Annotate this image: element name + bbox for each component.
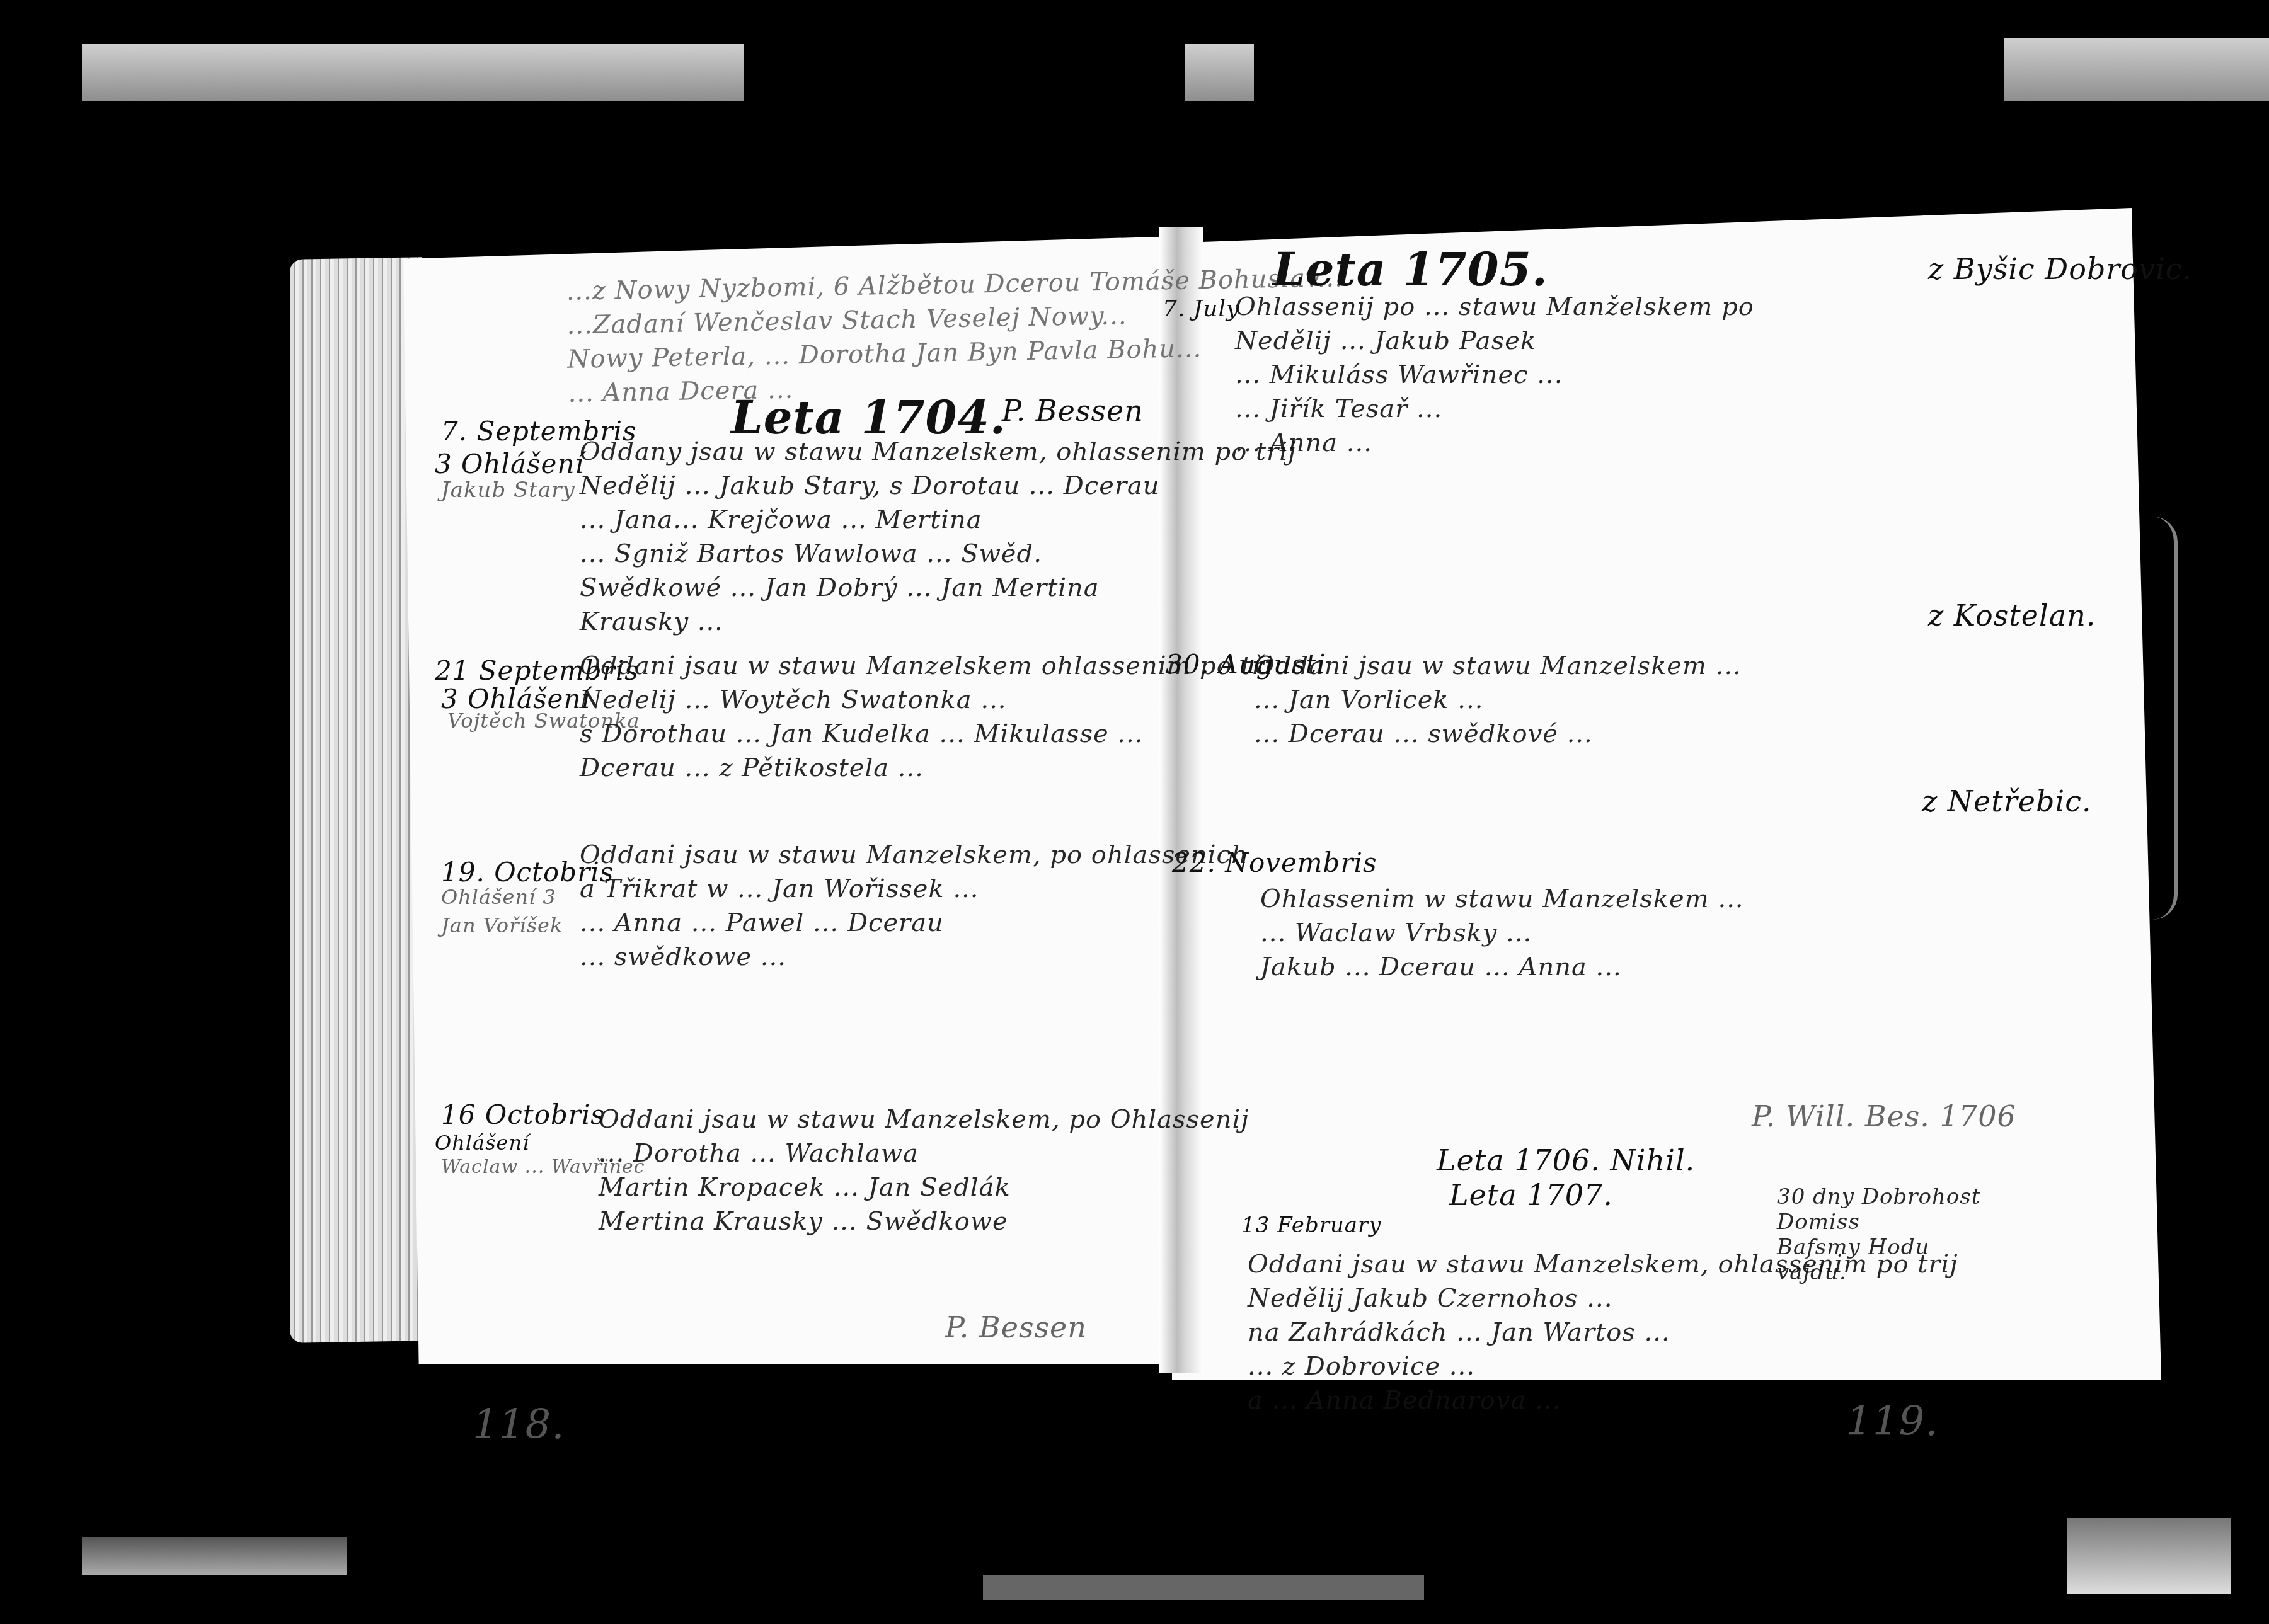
closing-signature: P. Bessen <box>945 1310 1087 1344</box>
entry-date: 22. Novembris <box>1172 847 1377 878</box>
final-entry-margin: 30 dny Dobrohost Domiss Bafsmy Hodu vajd… <box>1777 1184 1980 1285</box>
entry-margin-name: Jakub Stary <box>441 477 575 503</box>
entry-margin-note: Ohlášení 3 <box>441 885 556 909</box>
scanner-strip <box>82 44 744 101</box>
left-header-text: ...z Nowy Nyzbomi, 6 Alžbětou Dcerou Tom… <box>566 261 1345 410</box>
entry-text: Oddani jsau w stawu Manzelskem ... ... J… <box>1254 649 1742 751</box>
entry-text: Oddany jsau w stawu Manzelskem, ohlassen… <box>580 435 1296 639</box>
year-heading: Leta 1705. <box>1273 243 1548 296</box>
book-strap <box>2149 517 2178 920</box>
entry-text: Oddani jsau w stawu Manzelskem, po ohlas… <box>580 838 1248 974</box>
entry-text: Oddani jsau w stawu Manzelskem, po Ohlas… <box>599 1102 1249 1238</box>
signature: P. Bessen <box>1002 394 1144 428</box>
top-right-note: z Byšic Dobrovic. <box>1928 252 2192 286</box>
scanner-strip <box>983 1575 1424 1600</box>
entry-margin-note: Ohlášení <box>435 1131 529 1155</box>
page-number: 119. <box>1846 1398 1939 1445</box>
entry-margin-name: Jan Voříšek <box>441 913 563 937</box>
entry-margin-right: z Netřebic. <box>1922 784 2092 818</box>
entry-date: 13 February <box>1241 1213 1382 1238</box>
entry-margin-note: 3 Ohlášení <box>435 449 584 479</box>
scanner-strip <box>1185 44 1254 101</box>
scanner-strip <box>2004 38 2269 101</box>
entry-text: Ohlassenim w stawu Manzelskem ... ... Wa… <box>1260 882 1744 984</box>
page-number: 118. <box>473 1402 565 1448</box>
scanner-strip <box>2067 1518 2231 1594</box>
faint-signature: P. Will. Bes. 1706 <box>1752 1099 2016 1133</box>
entry-date: 16 Octobris <box>441 1099 605 1130</box>
year-heading-1707: Leta 1707. <box>1449 1178 1613 1212</box>
entry-text: Ohlassenij po ... stawu Manželskem po Ne… <box>1235 290 1754 460</box>
entry-margin-right: z Kostelan. <box>1928 598 2096 632</box>
book-page-edges <box>290 257 422 1343</box>
year-heading-1706: Leta 1706. Nihil. <box>1437 1143 1695 1177</box>
entry-date: 7. July <box>1163 296 1239 322</box>
scanner-strip <box>82 1537 347 1575</box>
